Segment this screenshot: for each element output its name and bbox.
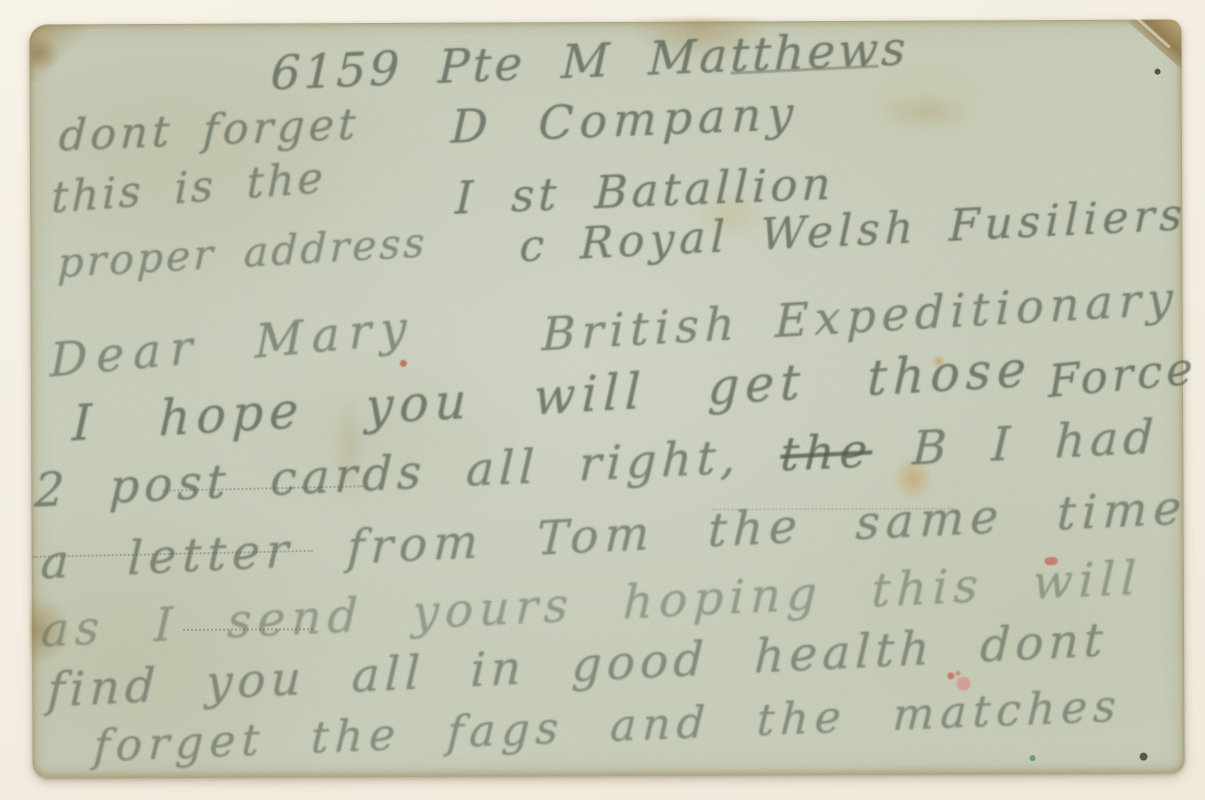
stain-tan-blob [892,454,934,504]
photo-backdrop: 6159 Pte M Matthews D Company I st Batal… [0,0,1205,800]
faint-dotted-line [712,507,952,510]
handwriting-message-line-6: forget the fags and the matches [92,681,1123,773]
worn-corner-top-left [29,24,87,82]
stain-mid-upper [691,190,771,240]
dark-speck-1 [1140,753,1148,761]
red-speck-2 [1045,557,1058,565]
faint-dotted-line [162,485,362,491]
dark-speck-2 [1155,69,1161,75]
postcard: 6159 Pte M Matthews D Company I st Batal… [29,19,1184,778]
teal-speck [1030,755,1036,761]
stain-orange-dot [932,356,946,368]
stain-top-edge [630,18,770,65]
handwriting-message-line-1: I hope you will get those [71,341,1033,453]
faint-dotted-line [183,628,313,631]
red-speck-1 [400,360,407,367]
handwriting-address-line-2: D Company [450,86,800,154]
handwriting-address-line-5: British Expeditionary [541,271,1179,361]
stain-left-edge [31,595,73,665]
handwriting-address-line-6: Force [1047,341,1197,408]
handwriting-message-line-2: 2 post cards all right, the B I had [33,409,1159,518]
message-line-2-struck-out-word: the [779,423,873,483]
handwriting-salutation: Dear Mary [50,300,416,389]
red-speck-cluster [938,665,974,691]
stain-upper-right [876,91,976,131]
handwriting-address-line-3: I st Batallion [454,157,835,225]
message-line-2-post: B I had [871,409,1159,478]
handwriting-address-line-1: 6159 Pte M Matthews [270,21,909,101]
pencil-overline-stroke [731,65,879,75]
message-line-2-pre: 2 post cards all right, [33,428,781,519]
faint-dotted-line [33,550,313,558]
handwriting-message-line-4: as I send yours hoping this will [40,551,1143,659]
handwriting-note-line-1: dont forget [58,100,361,162]
handwriting-note-line-2: this is the [51,153,326,224]
handwriting-message-line-3: a letter from Tom the same time [40,480,1189,590]
handwriting-address-line-4: c Royal Welsh Fusiliers [519,189,1188,272]
handwriting-note-line-3: proper address [57,218,428,287]
